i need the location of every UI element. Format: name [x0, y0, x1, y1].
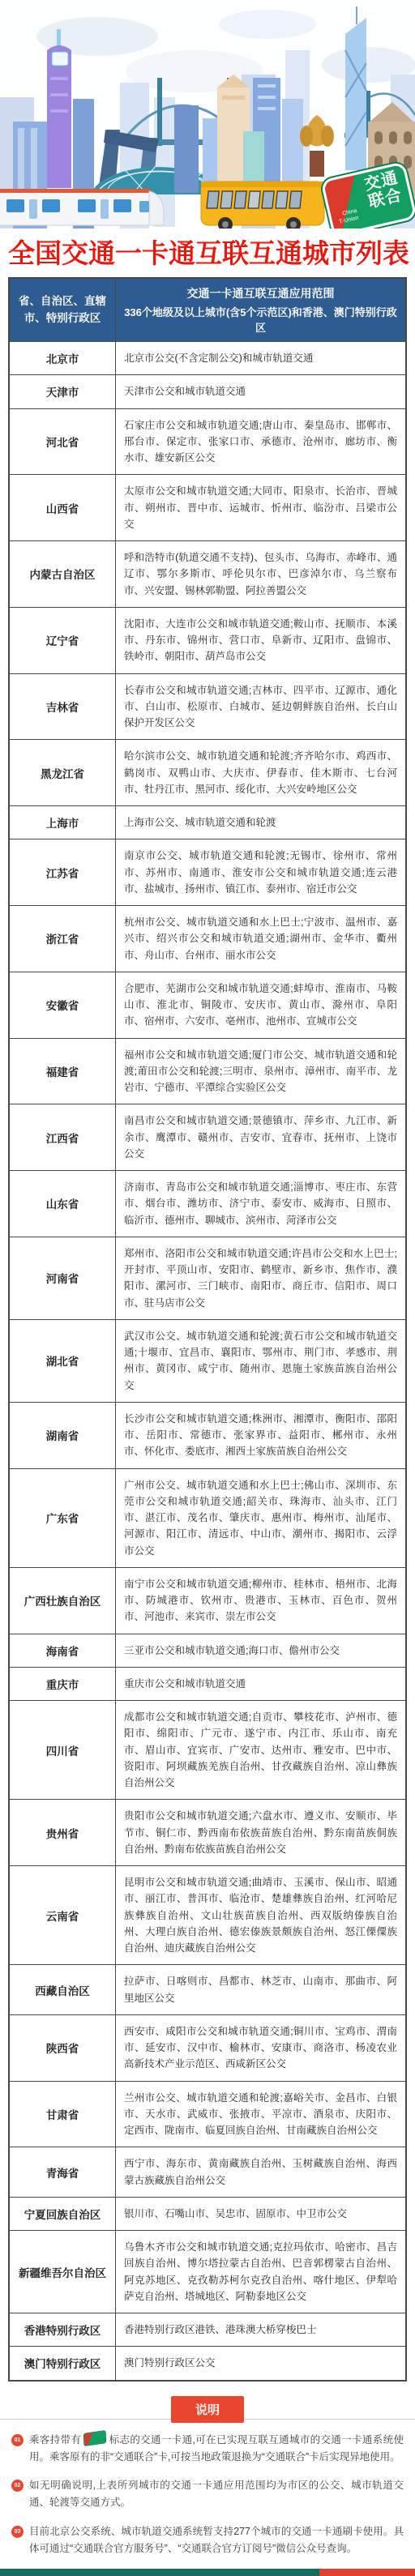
table-row: 福建省福州市公交和城市轨道交通;厦门市公交、城市轨道交通和轮渡;莆田市公交和轮渡…: [9, 1038, 406, 1104]
table-row: 内蒙古自治区呼和浩特市(轨道交通不支持)、包头市、乌海市、赤峰市、通辽市、鄂尔多…: [9, 541, 406, 608]
note-text: 乘客持带有标志的交通一卡通,可在已实现互联互通城市的交通一卡通系统使用。乘客原有…: [29, 2432, 404, 2467]
coverage-text: 济南市、青岛市公交和城市轨道交通;淄博市、枣庄市、东营市、烟台市、潍坊市、济宁市…: [116, 1171, 407, 1237]
table-row: 北京市北京市公交(不含定制公交)和城市轨道交通: [9, 342, 406, 375]
table-row: 贵州省贵阳市公交和城市轨道交通;六盘水市、遵义市、安顺市、毕节市、铜仁市、黔西南…: [9, 1800, 406, 1866]
region-name: 河北省: [9, 408, 116, 475]
table-row: 上海市上海市公交、城市轨道交通和轮渡: [9, 806, 406, 839]
coverage-text: 三亚市公交和城市轨道交通;海口市、儋州市公交: [116, 1634, 407, 1667]
table-row: 宁夏回族自治区银川市、石嘴山市、吴忠市、固原市、中卫市公交: [9, 2197, 406, 2230]
table-row: 江西省南昌市公交和城市轨道交通;景德镇市、萍乡市、九江市、新余市、鹰潭市、赣州市…: [9, 1104, 406, 1171]
table-row: 江苏省南京市公交、城市轨道交通和轮渡;无锡市、徐州市、常州市、苏州市、南通市、淮…: [9, 839, 406, 906]
coverage-text: 太原市公交和城市轨道交通;大同市、阳泉市、长治市、晋城市、朔州市、晋中市、运城市…: [116, 475, 407, 541]
note-item: 03目前北京公交系统、城市轨道交通系统暂支持277个城市的交通一卡通刷卡使用。具…: [11, 2523, 404, 2558]
t-union-mini-logo-icon: [83, 2430, 106, 2446]
coverage-text: 长春市公交和城市轨道交通;吉林市、四平市、辽源市、通化市、白山市、松原市、白城市…: [116, 673, 407, 740]
region-name: 河南省: [9, 1237, 116, 1319]
coverage-text: 上海市公交、城市轨道交通和轮渡: [116, 806, 407, 839]
notes-badge: 说明: [171, 2396, 244, 2423]
table-row: 吉林省长春市公交和城市轨道交通;吉林市、四平市、辽源市、通化市、白山市、松原市、…: [9, 673, 406, 740]
interconnection-city-table: 省、自治区、直辖市、特别行政区 交通一卡通互联互通应用范围 336个地级及以上城…: [8, 277, 407, 2382]
coverage-text: 沈阳市、大连市公交和城市轨道交通;鞍山市、抚顺市、本溪市、丹东市、锦州市、营口市…: [116, 607, 407, 673]
region-name: 青海省: [9, 2147, 116, 2198]
region-name: 辽宁省: [9, 607, 116, 673]
coverage-text: 西宁市、海东市、黄南藏族自治州、玉树藏族自治州、海西蒙古族藏族自治州公交: [116, 2147, 407, 2198]
region-name: 江苏省: [9, 839, 116, 906]
table-row: 安徽省合肥市、芜湖市公交和城市轨道交通;蚌埠市、淮南市、马鞍山市、淮北市、铜陵市…: [9, 972, 406, 1038]
region-name: 云南省: [9, 1866, 116, 1965]
table-row: 山西省太原市公交和城市轨道交通;大同市、阳泉市、长治市、晋城市、朔州市、晋中市、…: [9, 475, 406, 541]
header-region-column: 省、自治区、直辖市、特别行政区: [9, 278, 116, 342]
note-item: 01乘客持带有标志的交通一卡通,可在已实现互联互通城市的交通一卡通系统使用。乘客…: [11, 2432, 404, 2467]
note-number-badge: 01: [11, 2434, 24, 2446]
table-row: 辽宁省沈阳市、大连市公交和城市轨道交通;鞍山市、抚顺市、本溪市、丹东市、锦州市、…: [9, 607, 406, 673]
shanghai-tower: [47, 29, 71, 188]
note-number-badge: 02: [11, 2480, 24, 2492]
table-row: 广西壮族自治区南宁市公交和城市轨道交通;柳州市、桂林市、梧州市、北海市、防城港市…: [9, 1567, 406, 1634]
region-name: 黑龙江省: [9, 740, 116, 806]
coverage-text: 贵阳市公交和城市轨道交通;六盘水市、遵义市、安顺市、毕节市、铜仁市、黔西南布依族…: [116, 1800, 407, 1866]
header-scope-title: 交通一卡通互联互通应用范围: [121, 285, 400, 301]
coverage-text: 银川市、石嘴山市、吴忠市、固原市、中卫市公交: [116, 2197, 407, 2230]
coverage-text: 乌鲁木齐市公交和城市轨道交通;克拉玛依市、哈密市、昌吉回族自治州、博尔塔拉蒙古自…: [116, 2231, 407, 2313]
coverage-text: 哈尔滨市公交、城市轨道交通和轮渡;齐齐哈尔市、鸡西市、鹤岗市、双鸭山市、大庆市、…: [116, 740, 407, 806]
notes-section: 说明 01乘客持带有标志的交通一卡通,可在已实现互联互通城市的交通一卡通系统使用…: [0, 2396, 415, 2558]
table-row: 山东省济南市、青岛市公交和城市轨道交通;淄博市、枣庄市、东营市、烟台市、潍坊市、…: [9, 1171, 406, 1237]
region-name: 四川省: [9, 1701, 116, 1800]
table-row: 青海省西宁市、海东市、黄南藏族自治州、玉树藏族自治州、海西蒙古族藏族自治州公交: [9, 2147, 406, 2198]
table-row: 河南省郑州市、洛阳市公交和城市轨道交通;许昌市公交和水上巴士;开封市、平顶山市、…: [9, 1237, 406, 1319]
table-row: 黑龙江省哈尔滨市公交、城市轨道交通和轮渡;齐齐哈尔市、鸡西市、鹤岗市、双鸭山市、…: [9, 740, 406, 806]
region-name: 澳门特别行政区: [9, 2347, 116, 2381]
region-name: 山东省: [9, 1171, 116, 1237]
t-union-logo-english: China T-Union: [337, 208, 360, 226]
region-name: 上海市: [9, 806, 116, 839]
region-name: 吉林省: [9, 673, 116, 740]
coverage-text: 西安市、咸阳市公交和城市轨道交通;铜川市、宝鸡市、渭南市、延安市、汉中市、榆林市…: [116, 2014, 407, 2081]
region-name: 福建省: [9, 1038, 116, 1104]
table-row: 海南省三亚市公交和城市轨道交通;海口市、儋州市公交: [9, 1634, 406, 1667]
coverage-text: 南宁市公交和城市轨道交通;柳州市、桂林市、梧州市、北海市、防城港市、钦州市、贵港…: [116, 1567, 407, 1634]
region-name: 海南省: [9, 1634, 116, 1667]
coverage-text: 昆明市公交和城市轨道交通;曲靖市、玉溪市、保山市、昭通市、丽江市、普洱市、临沧市…: [116, 1866, 407, 1965]
region-name: 陕西省: [9, 2014, 116, 2081]
header-scope-column: 交通一卡通互联互通应用范围 336个地级及以上城市(含5个示范区)和香港、澳门特…: [116, 278, 407, 342]
region-name: 浙江省: [9, 906, 116, 972]
coverage-text: 石家庄市公交和城市轨道交通;唐山市、秦皇岛市、邯郸市、邢台市、保定市、张家口市、…: [116, 408, 407, 475]
coverage-text: 天津市公交和城市轨道交通: [116, 375, 407, 408]
coverage-text: 郑州市、洛阳市公交和城市轨道交通;许昌市公交和水上巴士;开封市、平顶山市、安阳市…: [116, 1237, 407, 1319]
table-row: 西藏自治区拉萨市、日喀则市、昌都市、林芝市、山南市、那曲市、阿里地区公交: [9, 1965, 406, 2015]
table-row: 湖南省长沙市公交和城市轨道交通;株洲市、湘潭市、衡阳市、邵阳市、岳阳市、常德市、…: [9, 1402, 406, 1468]
coverage-text: 成都市公交和城市轨道交通;自贡市、攀枝花市、泸州市、德阳市、绵阳市、广元市、遂宁…: [116, 1701, 407, 1800]
coverage-text: 澳门特别行政区公交: [116, 2347, 407, 2381]
table-body: 北京市北京市公交(不含定制公交)和城市轨道交通天津市天津市公交和城市轨道交通河北…: [9, 342, 406, 2381]
coverage-text: 长沙市公交和城市轨道交通;株洲市、湘潭市、衡阳市、邵阳市、岳阳市、常德市、张家界…: [116, 1402, 407, 1468]
page-title: 全国交通一卡通互联互通城市列表: [8, 233, 407, 271]
coverage-text: 兰州市公交、城市轨道交通和轮渡;嘉峪关市、金昌市、白银市、天水市、武威市、张掖市…: [116, 2081, 407, 2147]
t-union-logo-chinese: 交通 联合: [363, 169, 404, 211]
coverage-text: 呼和浩特市(轨道交通不支持)、包头市、乌海市、赤峰市、通辽市、鄂尔多斯市、呼伦贝…: [116, 541, 407, 608]
coverage-text: 南京市公交、城市轨道交通和轮渡;无锡市、徐州市、常州市、苏州市、南通市、淮安市公…: [116, 839, 407, 906]
coverage-text: 杭州市公交、城市轨道交通和水上巴士;宁波市、温州市、嘉兴市、绍兴市公交和城市轨道…: [116, 906, 407, 972]
region-name: 香港特别行政区: [9, 2313, 116, 2347]
region-name: 宁夏回族自治区: [9, 2197, 116, 2230]
table-row: 新疆维吾尔自治区乌鲁木齐市公交和城市轨道交通;克拉玛依市、哈密市、昌吉回族自治州…: [9, 2231, 406, 2313]
table-row: 重庆市重庆市公交和城市轨道交通: [9, 1667, 406, 1700]
coverage-text: 北京市公交(不含定制公交)和城市轨道交通: [116, 342, 407, 375]
region-name: 新疆维吾尔自治区: [9, 2231, 116, 2313]
header-row: 省、自治区、直辖市、特别行政区 交通一卡通互联互通应用范围 336个地级及以上城…: [9, 278, 406, 342]
footer-bar-teal: [0, 2569, 319, 2576]
region-name: 山西省: [9, 475, 116, 541]
coverage-text: 拉萨市、日喀则市、昌都市、林芝市、山南市、那曲市、阿里地区公交: [116, 1965, 407, 2015]
region-name: 天津市: [9, 375, 116, 408]
region-name: 甘肃省: [9, 2081, 116, 2147]
city-skyline-illustration: 交通 联合 China T-Union: [0, 0, 415, 229]
table-row: 澳门特别行政区澳门特别行政区公交: [9, 2347, 406, 2381]
coverage-text: 南昌市公交和城市轨道交通;景德镇市、萍乡市、九江市、新余市、鹰潭市、赣州市、吉安…: [116, 1104, 407, 1171]
coverage-text: 福州市公交和城市轨道交通;厦门市公交、城市轨道交通和轮渡;莆田市公交和轮渡;三明…: [116, 1038, 407, 1104]
table-row: 甘肃省兰州市公交、城市轨道交通和轮渡;嘉峪关市、金昌市、白银市、天水市、武威市、…: [9, 2081, 406, 2147]
note-text: 目前北京公交系统、城市轨道交通系统暂支持277个城市的交通一卡通刷卡使用。具体可…: [29, 2523, 404, 2558]
coverage-text: 武汉市公交、城市轨道交通和轮渡;黄石市公交和城市轨道交通;十堰市、宜昌市、襄阳市…: [116, 1319, 407, 1402]
region-name: 广东省: [9, 1468, 116, 1567]
header-scope-subtitle: 336个地级及以上城市(含5个示范区)和香港、澳门特别行政区: [121, 304, 400, 335]
region-name: 广西壮族自治区: [9, 1567, 116, 1634]
region-name: 贵州省: [9, 1800, 116, 1866]
region-name: 湖南省: [9, 1402, 116, 1468]
table-row: 香港特别行政区香港特别行政区港铁、港珠澳大桥穿梭巴士: [9, 2313, 406, 2347]
notes-list: 01乘客持带有标志的交通一卡通,可在已实现互联互通城市的交通一卡通系统使用。乘客…: [0, 2432, 415, 2558]
table-row: 河北省石家庄市公交和城市轨道交通;唐山市、秦皇岛市、邯郸市、邢台市、保定市、张家…: [9, 408, 406, 475]
table-row: 浙江省杭州市公交、城市轨道交通和水上巴士;宁波市、温州市、嘉兴市、绍兴市公交和城…: [9, 906, 406, 972]
bus-illustration: [201, 182, 324, 229]
region-name: 湖北省: [9, 1319, 116, 1402]
train-illustration: [0, 189, 164, 225]
table-row: 天津市天津市公交和城市轨道交通: [9, 375, 406, 408]
footer-bar-red: [319, 2569, 415, 2576]
table-row: 湖北省武汉市公交、城市轨道交通和轮渡;黄石市公交和城市轨道交通;十堰市、宜昌市、…: [9, 1319, 406, 1402]
table-header: 省、自治区、直辖市、特别行政区 交通一卡通互联互通应用范围 336个地级及以上城…: [9, 278, 406, 342]
coverage-text: 重庆市公交和城市轨道交通: [116, 1667, 407, 1700]
region-name: 北京市: [9, 342, 116, 375]
coverage-text: 广州市公交、城市轨道交通和水上巴士;佛山市、深圳市、东莞市公交和城市轨道交通;韶…: [116, 1468, 407, 1567]
coverage-text: 合肥市、芜湖市公交和城市轨道交通;蚌埠市、淮南市、马鞍山市、淮北市、铜陵市、安庆…: [116, 972, 407, 1038]
region-name: 江西省: [9, 1104, 116, 1171]
table-row: 云南省昆明市公交和城市轨道交通;曲靖市、玉溪市、保山市、昭通市、丽江市、普洱市、…: [9, 1866, 406, 1965]
region-name: 内蒙古自治区: [9, 541, 116, 608]
notes-header: 说明: [0, 2396, 415, 2422]
region-name: 西藏自治区: [9, 1965, 116, 2015]
note-text: 如无明确说明,上表所列城市的交通一卡通应用范围均为市区的公交、城市轨道交通、轮渡…: [29, 2477, 404, 2512]
table-row: 广东省广州市公交、城市轨道交通和水上巴士;佛山市、深圳市、东莞市公交和城市轨道交…: [9, 1468, 406, 1567]
region-name: 安徽省: [9, 972, 116, 1038]
coverage-text: 香港特别行政区港铁、港珠澳大桥穿梭巴士: [116, 2313, 407, 2347]
region-name: 重庆市: [9, 1667, 116, 1700]
table-row: 陕西省西安市、咸阳市公交和城市轨道交通;铜川市、宝鸡市、渭南市、延安市、汉中市、…: [9, 2014, 406, 2081]
footer-bar: [0, 2569, 415, 2576]
note-item: 02如无明确说明,上表所列城市的交通一卡通应用范围均为市区的公交、城市轨道交通、…: [11, 2477, 404, 2512]
table-row: 四川省成都市公交和城市轨道交通;自贡市、攀枝花市、泸州市、德阳市、绵阳市、广元市…: [9, 1701, 406, 1800]
note-number-badge: 03: [11, 2526, 24, 2538]
